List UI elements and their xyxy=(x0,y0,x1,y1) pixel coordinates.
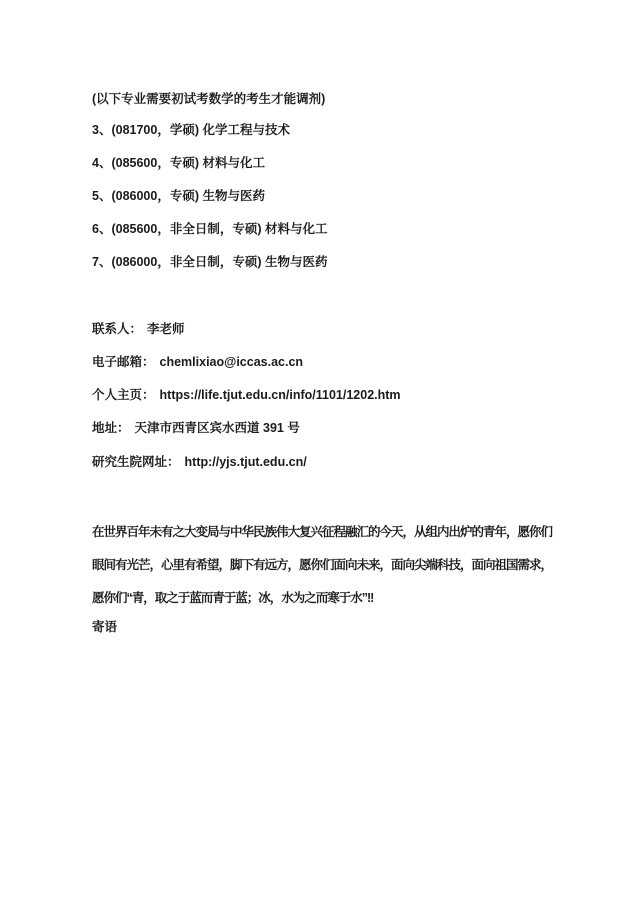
contact-email-value: chemlixiao@iccas.ac.cn xyxy=(160,355,304,369)
message-line-2: 眼间有光芒，心里有希望，脚下有远方，愿你们面向未来，面向尖端科技，面向祖国需求， xyxy=(92,557,552,573)
contact-address-line: 地址：天津市西青区宾水西道 391 号 xyxy=(92,420,300,436)
document-page: (以下专业需要初试考数学的考生才能调剂) 3、(081700，学硕) 化学工程与… xyxy=(0,0,637,900)
contact-person-line: 联系人：李老师 xyxy=(92,321,185,337)
contact-person-label: 联系人： xyxy=(92,322,142,336)
contact-address-value: 天津市西青区宾水西道 391 号 xyxy=(135,421,300,435)
grad-school-site-line: 研究生院网址：http://yjs.tjut.edu.cn/ xyxy=(92,454,307,470)
grad-school-site-value: http://yjs.tjut.edu.cn/ xyxy=(185,455,307,469)
contact-homepage-value: https://life.tjut.edu.cn/info/1101/1202.… xyxy=(160,388,401,402)
contact-email-line: 电子邮箱：chemlixiao@iccas.ac.cn xyxy=(92,354,303,370)
contact-homepage-label: 个人主页： xyxy=(92,388,155,402)
major-item-6: 6、(085600，非全日制，专硕) 材料与化工 xyxy=(92,221,327,237)
contact-address-label: 地址： xyxy=(92,421,130,435)
grad-school-site-label: 研究生院网址： xyxy=(92,455,180,469)
note-line: (以下专业需要初试考数学的考生才能调剂) xyxy=(92,91,325,107)
message-line-1: 在世界百年未有之大变局与中华民族伟大复兴征程融汇的今天，从组内出炉的青年，愿你们 xyxy=(92,524,552,540)
message-label: 寄语 xyxy=(92,619,117,635)
contact-homepage-line: 个人主页：https://life.tjut.edu.cn/info/1101/… xyxy=(92,387,401,403)
major-item-4: 4、(085600，专硕) 材料与化工 xyxy=(92,155,265,171)
contact-person-value: 李老师 xyxy=(147,322,185,336)
major-item-3: 3、(081700，学硕) 化学工程与技术 xyxy=(92,122,290,138)
message-line-3: 愿你们“青，取之于蓝而青于蓝；冰，水为之而寒于水”!! xyxy=(92,590,373,606)
contact-email-label: 电子邮箱： xyxy=(92,355,155,369)
major-item-7: 7、(086000，非全日制，专硕) 生物与医药 xyxy=(92,254,327,270)
major-item-5: 5、(086000，专硕) 生物与医药 xyxy=(92,188,265,204)
